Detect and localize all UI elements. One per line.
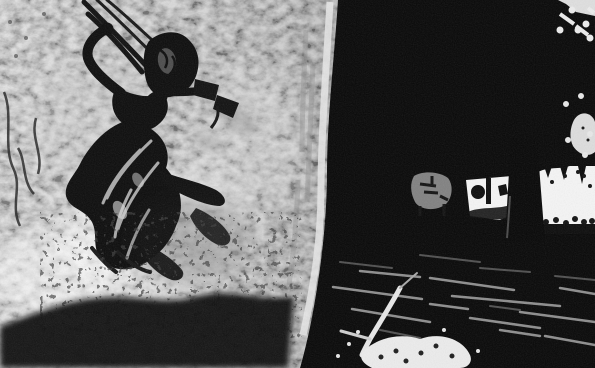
film-grain — [0, 0, 595, 368]
photo-canvas: Black and white photograph — [0, 0, 595, 368]
photograph: Black and white photograph — [0, 0, 595, 368]
